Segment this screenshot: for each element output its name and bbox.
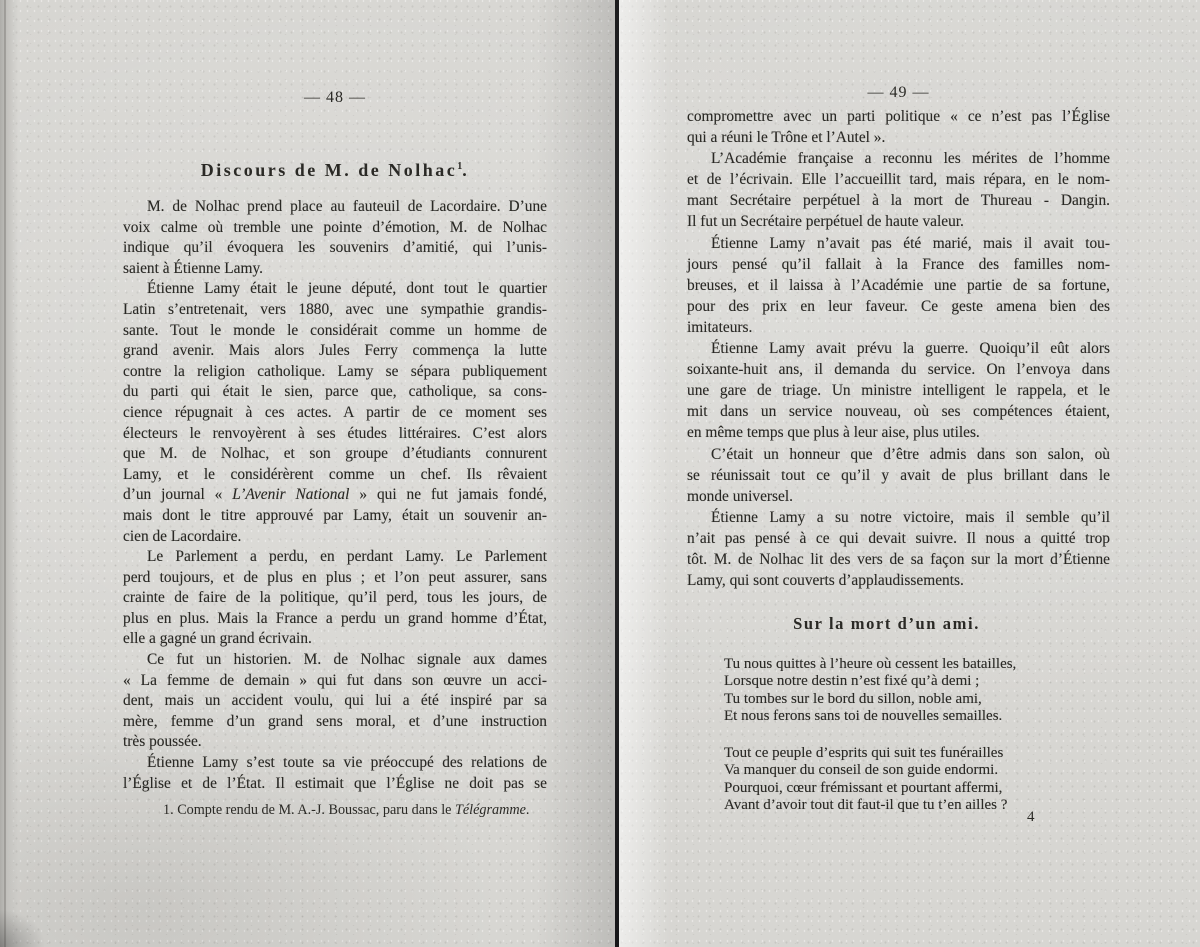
text-line: Tout ce peuple d’esprits qui suit tes fu… [724, 745, 1016, 762]
text-line: Lamy, et le considérèrent comme un chef.… [123, 465, 547, 486]
text-line: tôt. M. de Nolhac lit des vers de sa faç… [687, 549, 1110, 570]
paragraph: M. de Nolhac prend place au fauteuil de … [123, 197, 547, 279]
text-line: 1. Compte rendu de M. A.-J. Boussac, par… [123, 801, 547, 820]
text-line: Étienne Lamy avait prévu la guerre. Quoi… [687, 338, 1110, 359]
text-line: en même temps que plus à leur aise, plus… [687, 422, 1110, 443]
paragraph: Étienne Lamy était le jeune député, dont… [123, 279, 547, 547]
text-line: Ce fut un historien. M. de Nolhac signal… [123, 650, 547, 671]
paragraph: Ce fut un historien. M. de Nolhac signal… [123, 650, 547, 753]
text-line: jours pensé qu’il fallait à la France de… [687, 254, 1110, 275]
text-line: Étienne Lamy a su notre victoire, mais i… [687, 507, 1110, 528]
text-line: L’Académie française a reconnu les mérit… [687, 148, 1110, 169]
poem-stanza: Tu nous quittes à l’heure où cessent les… [724, 656, 1016, 725]
page-number-left: — 48 — [123, 89, 547, 107]
text-line: Va manquer du conseil de son guide endor… [724, 762, 1016, 779]
text-line: indique qu’il évoquera les souvenirs d’a… [123, 238, 547, 259]
paragraph: Étienne Lamy n’avait pas été marié, mais… [687, 233, 1110, 338]
text-line: très poussée. [123, 732, 547, 753]
text-line: contre la religion catholique. Lamy se s… [123, 362, 547, 383]
text-line: électeurs le renvoyèrent à ses études li… [123, 424, 547, 445]
text-line: C’était un honneur que d’être admis dans… [687, 444, 1110, 465]
right-page: — 49 — compromettre avec un parti politi… [687, 0, 1110, 947]
text-line: Il fut un Secrétaire perpétuel de haute … [687, 211, 1110, 232]
poem-stanza: Tout ce peuple d’esprits qui suit tes fu… [724, 745, 1016, 814]
text-line: mais dont le titre approuvé par Lamy, ét… [123, 506, 547, 527]
text-line: Latin s’entretenait, vers 1880, avec une… [123, 300, 547, 321]
gutter-highlight [619, 0, 671, 947]
book-scan-spread: — 48 — Discours de M. de Nolhac1. M. de … [0, 0, 1200, 947]
paragraph: compromettre avec un parti politique « c… [687, 106, 1110, 148]
text-line: Étienne Lamy s’est toute sa vie préoccup… [123, 753, 547, 774]
text-line: compromettre avec un parti politique « c… [687, 106, 1110, 127]
page-number-right: — 49 — [687, 84, 1110, 102]
text-line: pour des prix en leur faveur. Ce geste a… [687, 296, 1110, 317]
text-line: mit dans un service nouveau, où ses comp… [687, 401, 1110, 422]
chapter-title-period: . [462, 160, 469, 180]
text-line: d’un journal « L’Avenir National » qui n… [123, 485, 547, 506]
text-line: du parti qui était le sien, parce que, c… [123, 382, 547, 403]
left-page: — 48 — Discours de M. de Nolhac1. M. de … [123, 0, 547, 947]
text-line: voix calme où tremble une pointe d’émoti… [123, 218, 547, 239]
text-line: Tu tombes sur le bord du sillon, noble a… [724, 691, 1016, 708]
text-line: mère, femme d’un grand sens moral, et d’… [123, 712, 547, 733]
paragraph: Le Parlement a perdu, en perdant Lamy. L… [123, 547, 547, 650]
text-line: cience répugnait à ces actes. A partir d… [123, 403, 547, 424]
text-line: dent, mais un accident voulu, qui lui a … [123, 691, 547, 712]
chapter-title: Discours de M. de Nolhac1. [123, 160, 547, 181]
text-line: qui a réuni le Trône et l’Autel ». [687, 127, 1110, 148]
text-line: monde universel. [687, 486, 1110, 507]
text-line: se réunissait tout ce qu’il y avait de p… [687, 465, 1110, 486]
paragraph: Étienne Lamy a su notre victoire, mais i… [687, 507, 1110, 591]
text-line: cien de Lacordaire. [123, 527, 547, 548]
text-line: saient à Étienne Lamy. [123, 259, 547, 280]
text-line: imitateurs. [687, 317, 1110, 338]
text-line: une gare de triage. Un ministre intellig… [687, 380, 1110, 401]
text-line: perd toujours, et de plus en plus ; et l… [123, 568, 547, 589]
poem-title: Sur la mort d’un ami. [675, 614, 1098, 634]
footnote: 1. Compte rendu de M. A.-J. Boussac, par… [123, 801, 547, 820]
paragraph: Étienne Lamy avait prévu la guerre. Quoi… [687, 338, 1110, 443]
text-line: sante. Tout le monde le considérait comm… [123, 321, 547, 342]
text-line: plus en plus. Mais la France a perdu un … [123, 609, 547, 630]
text-line: Pourquoi, cœur frémissant et pourtant af… [724, 780, 1016, 797]
right-page-body-text: compromettre avec un parti politique « c… [687, 106, 1110, 591]
text-line: soixante-huit ans, il demanda du service… [687, 359, 1110, 380]
chapter-title-text: Discours de M. de Nolhac [201, 160, 458, 180]
text-line: M. de Nolhac prend place au fauteuil de … [123, 197, 547, 218]
text-line: Tu nous quittes à l’heure où cessent les… [724, 656, 1016, 673]
text-line: Le Parlement a perdu, en perdant Lamy. L… [123, 547, 547, 568]
text-line: mant Secrétaire perpétuel à la mort de T… [687, 190, 1110, 211]
text-line: que M. de Nolhac, et son groupe d’étudia… [123, 444, 547, 465]
text-line: breuses, et il laissa à l’Académie une p… [687, 275, 1110, 296]
corner-smudge [0, 880, 70, 947]
text-line: elle a gagné un grand écrivain. [123, 629, 547, 650]
page-left-edge-shadow [0, 0, 18, 947]
paragraph: L’Académie française a reconnu les mérit… [687, 148, 1110, 232]
text-line: et de l’écrivain. Elle l’accueillit tard… [687, 169, 1110, 190]
text-line: Lamy, qui sont couverts d’applaudissemen… [687, 570, 1110, 591]
text-line: « La femme de demain » qui fut dans son … [123, 671, 547, 692]
text-line: Avant d’avoir tout dit faut-il que tu t’… [724, 797, 1016, 814]
text-line: n’ait pas pensé à ce qui devait suivre. … [687, 528, 1110, 549]
text-line: Et nous ferons sans toi de nouvelles sem… [724, 708, 1016, 725]
gathering-signature-mark: 4 [1027, 809, 1035, 826]
text-line: Lorsque notre destin n’est fixé qu’à dem… [724, 673, 1016, 690]
paragraph: Étienne Lamy s’est toute sa vie préoccup… [123, 753, 547, 794]
text-line: grand avenir. Mais alors Jules Ferry com… [123, 341, 547, 362]
text-line: Étienne Lamy n’avait pas été marié, mais… [687, 233, 1110, 254]
left-page-body-text: M. de Nolhac prend place au fauteuil de … [123, 197, 547, 794]
gutter-shadow [535, 0, 616, 947]
poem: Tu nous quittes à l’heure où cessent les… [724, 656, 1016, 834]
paragraph: C’était un honneur que d’être admis dans… [687, 444, 1110, 507]
text-line: crainte de faire de la politique, qu’il … [123, 588, 547, 609]
text-line: Étienne Lamy était le jeune député, dont… [123, 279, 547, 300]
text-line: l’Église et de l’État. Il estimait que l… [123, 774, 547, 795]
